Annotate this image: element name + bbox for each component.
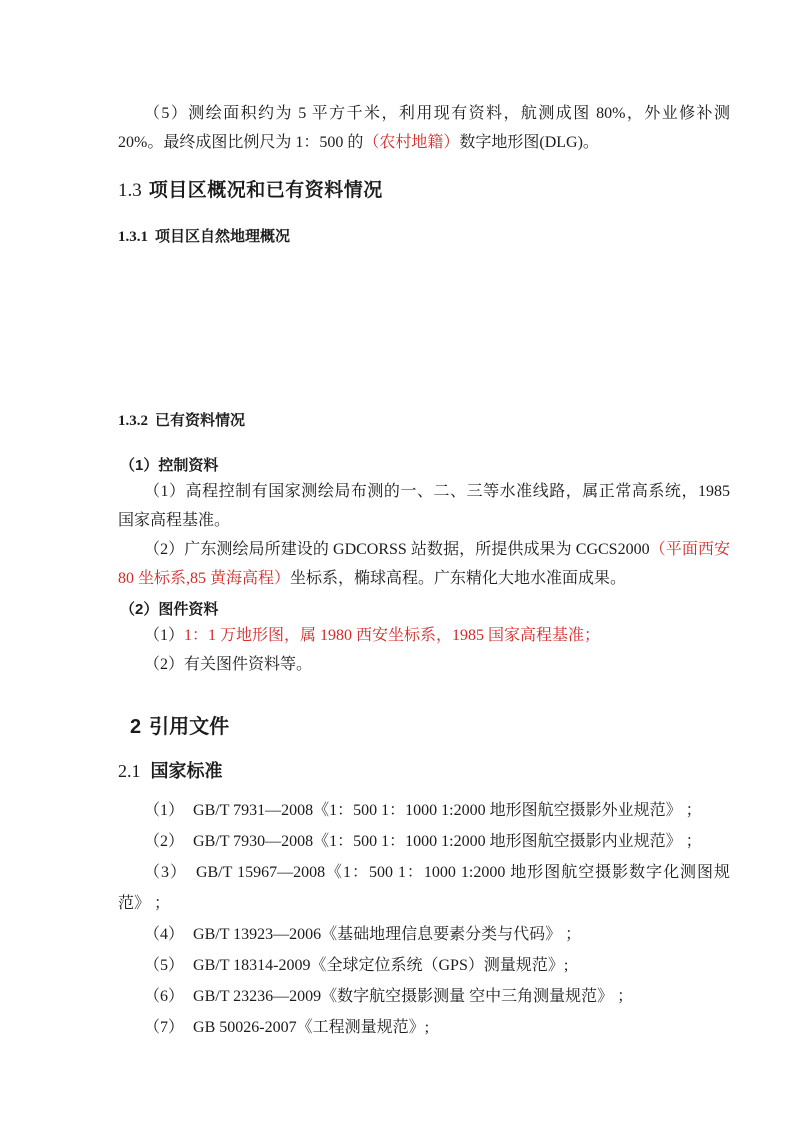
heading-1-3-title: 项目区概况和已有资料情况 — [149, 180, 383, 201]
heading-1-3-number: 1.3 — [118, 180, 142, 201]
paragraph-gdcorss: （2）广东测绘局所建设的 GDCORSS 站数据，所提供成果为 CGCS2000… — [118, 535, 730, 593]
heading-1-3-1: 1.3.1项目区自然地理概况 — [118, 227, 730, 247]
subheading-control-data: （1）控制资料 — [118, 455, 730, 477]
gdcorss-text-post: 坐标系，椭球高程。广东精化大地水准面成果。 — [290, 570, 626, 587]
ref-item-3-number: （3） — [144, 864, 187, 881]
heading-2: 2引用文件 — [118, 713, 730, 741]
national-standards-list: （1）GB/T 7931—2008《1：500 1：1000 1:2000 地形… — [118, 795, 730, 1043]
ref-item-7: （7）GB 50026-2007《工程测量规范》; — [118, 1012, 730, 1043]
paragraph-mapping-scale: （5）测绘面积约为 5 平方千米，利用现有资料，航测成图 80%，外业修补测 2… — [118, 99, 730, 157]
ref-item-2-number: （2） — [144, 833, 184, 850]
heading-2-title: 引用文件 — [149, 716, 229, 738]
gdcorss-text-pre: （2）广东测绘局所建设的 GDCORSS 站数据，所提供成果为 CGCS2000 — [144, 541, 650, 558]
ref-item-3-text: GB/T 15967—2008《1：500 1：1000 1:2000 地形图航… — [118, 864, 730, 912]
ref-item-6-text: GB/T 23236—2009《数字航空摄影测量 空中三角测量规范》 ； — [193, 988, 633, 1005]
ref-item-4-number: （4） — [144, 926, 184, 943]
ref-item-7-text: GB 50026-2007《工程测量规范》; — [193, 1019, 429, 1036]
ref-item-5-number: （5） — [144, 957, 184, 974]
heading-1-3-2-number: 1.3.2 — [118, 413, 148, 429]
subheading-map-data: （2）图件资料 — [118, 599, 730, 621]
heading-1-3-1-title: 项目区自然地理概况 — [155, 228, 290, 245]
topo-map-number: （1） — [144, 627, 184, 644]
scale-text-red-cadastre: （农村地籍） — [363, 134, 459, 151]
scale-text-post: 数字地形图(DLG)。 — [459, 134, 599, 151]
ref-item-1: （1）GB/T 7931—2008《1：500 1：1000 1:2000 地形… — [118, 795, 730, 826]
ref-item-1-number: （1） — [144, 802, 184, 819]
heading-1-3-2-title: 已有资料情况 — [155, 412, 245, 429]
ref-item-2-text: GB/T 7930—2008《1：500 1：1000 1:2000 地形图航空… — [193, 833, 702, 850]
heading-1-3-2: 1.3.2已有资料情况 — [118, 411, 730, 431]
ref-item-3: （3）GB/T 15967—2008《1：500 1：1000 1:2000 地… — [118, 857, 730, 919]
heading-1-3-1-number: 1.3.1 — [118, 229, 148, 245]
document-page: （5）测绘面积约为 5 平方千米，利用现有资料，航测成图 80%，外业修补测 2… — [0, 0, 793, 1122]
ref-item-5-text: GB/T 18314-2009《全球定位系统（GPS）测量规范》; — [193, 957, 568, 974]
ref-item-4-text: GB/T 13923—2006《基础地理信息要素分类与代码》 ； — [193, 926, 581, 943]
ref-item-6: （6）GB/T 23236—2009《数字航空摄影测量 空中三角测量规范》 ； — [118, 981, 730, 1012]
heading-2-1: 2.1国家标准 — [118, 759, 730, 783]
heading-2-1-title: 国家标准 — [151, 761, 223, 781]
ref-item-6-number: （6） — [144, 988, 184, 1005]
ref-item-4: （4）GB/T 13923—2006《基础地理信息要素分类与代码》 ； — [118, 919, 730, 950]
list-item-related-maps: （2）有关图件资料等。 — [118, 650, 730, 679]
topo-map-red-text: 1：1 万地形图，属 1980 西安坐标系，1985 国家高程基准； — [184, 627, 600, 644]
ref-item-5: （5）GB/T 18314-2009《全球定位系统（GPS）测量规范》; — [118, 950, 730, 981]
ref-item-1-text: GB/T 7931—2008《1：500 1：1000 1:2000 地形图航空… — [193, 802, 702, 819]
ref-item-7-number: （7） — [144, 1019, 184, 1036]
heading-2-1-number: 2.1 — [118, 761, 141, 781]
paragraph-elevation-control: （1）高程控制有国家测绘局布测的一、二、三等水准线路，属正常高系统，1985 国… — [118, 477, 730, 535]
heading-2-number: 2 — [130, 716, 141, 738]
ref-item-2: （2）GB/T 7930—2008《1：500 1：1000 1:2000 地形… — [118, 826, 730, 857]
heading-1-3: 1.3项目区概况和已有资料情况 — [118, 179, 730, 203]
list-item-topo-map: （1）1：1 万地形图，属 1980 西安坐标系，1985 国家高程基准； — [118, 621, 730, 650]
